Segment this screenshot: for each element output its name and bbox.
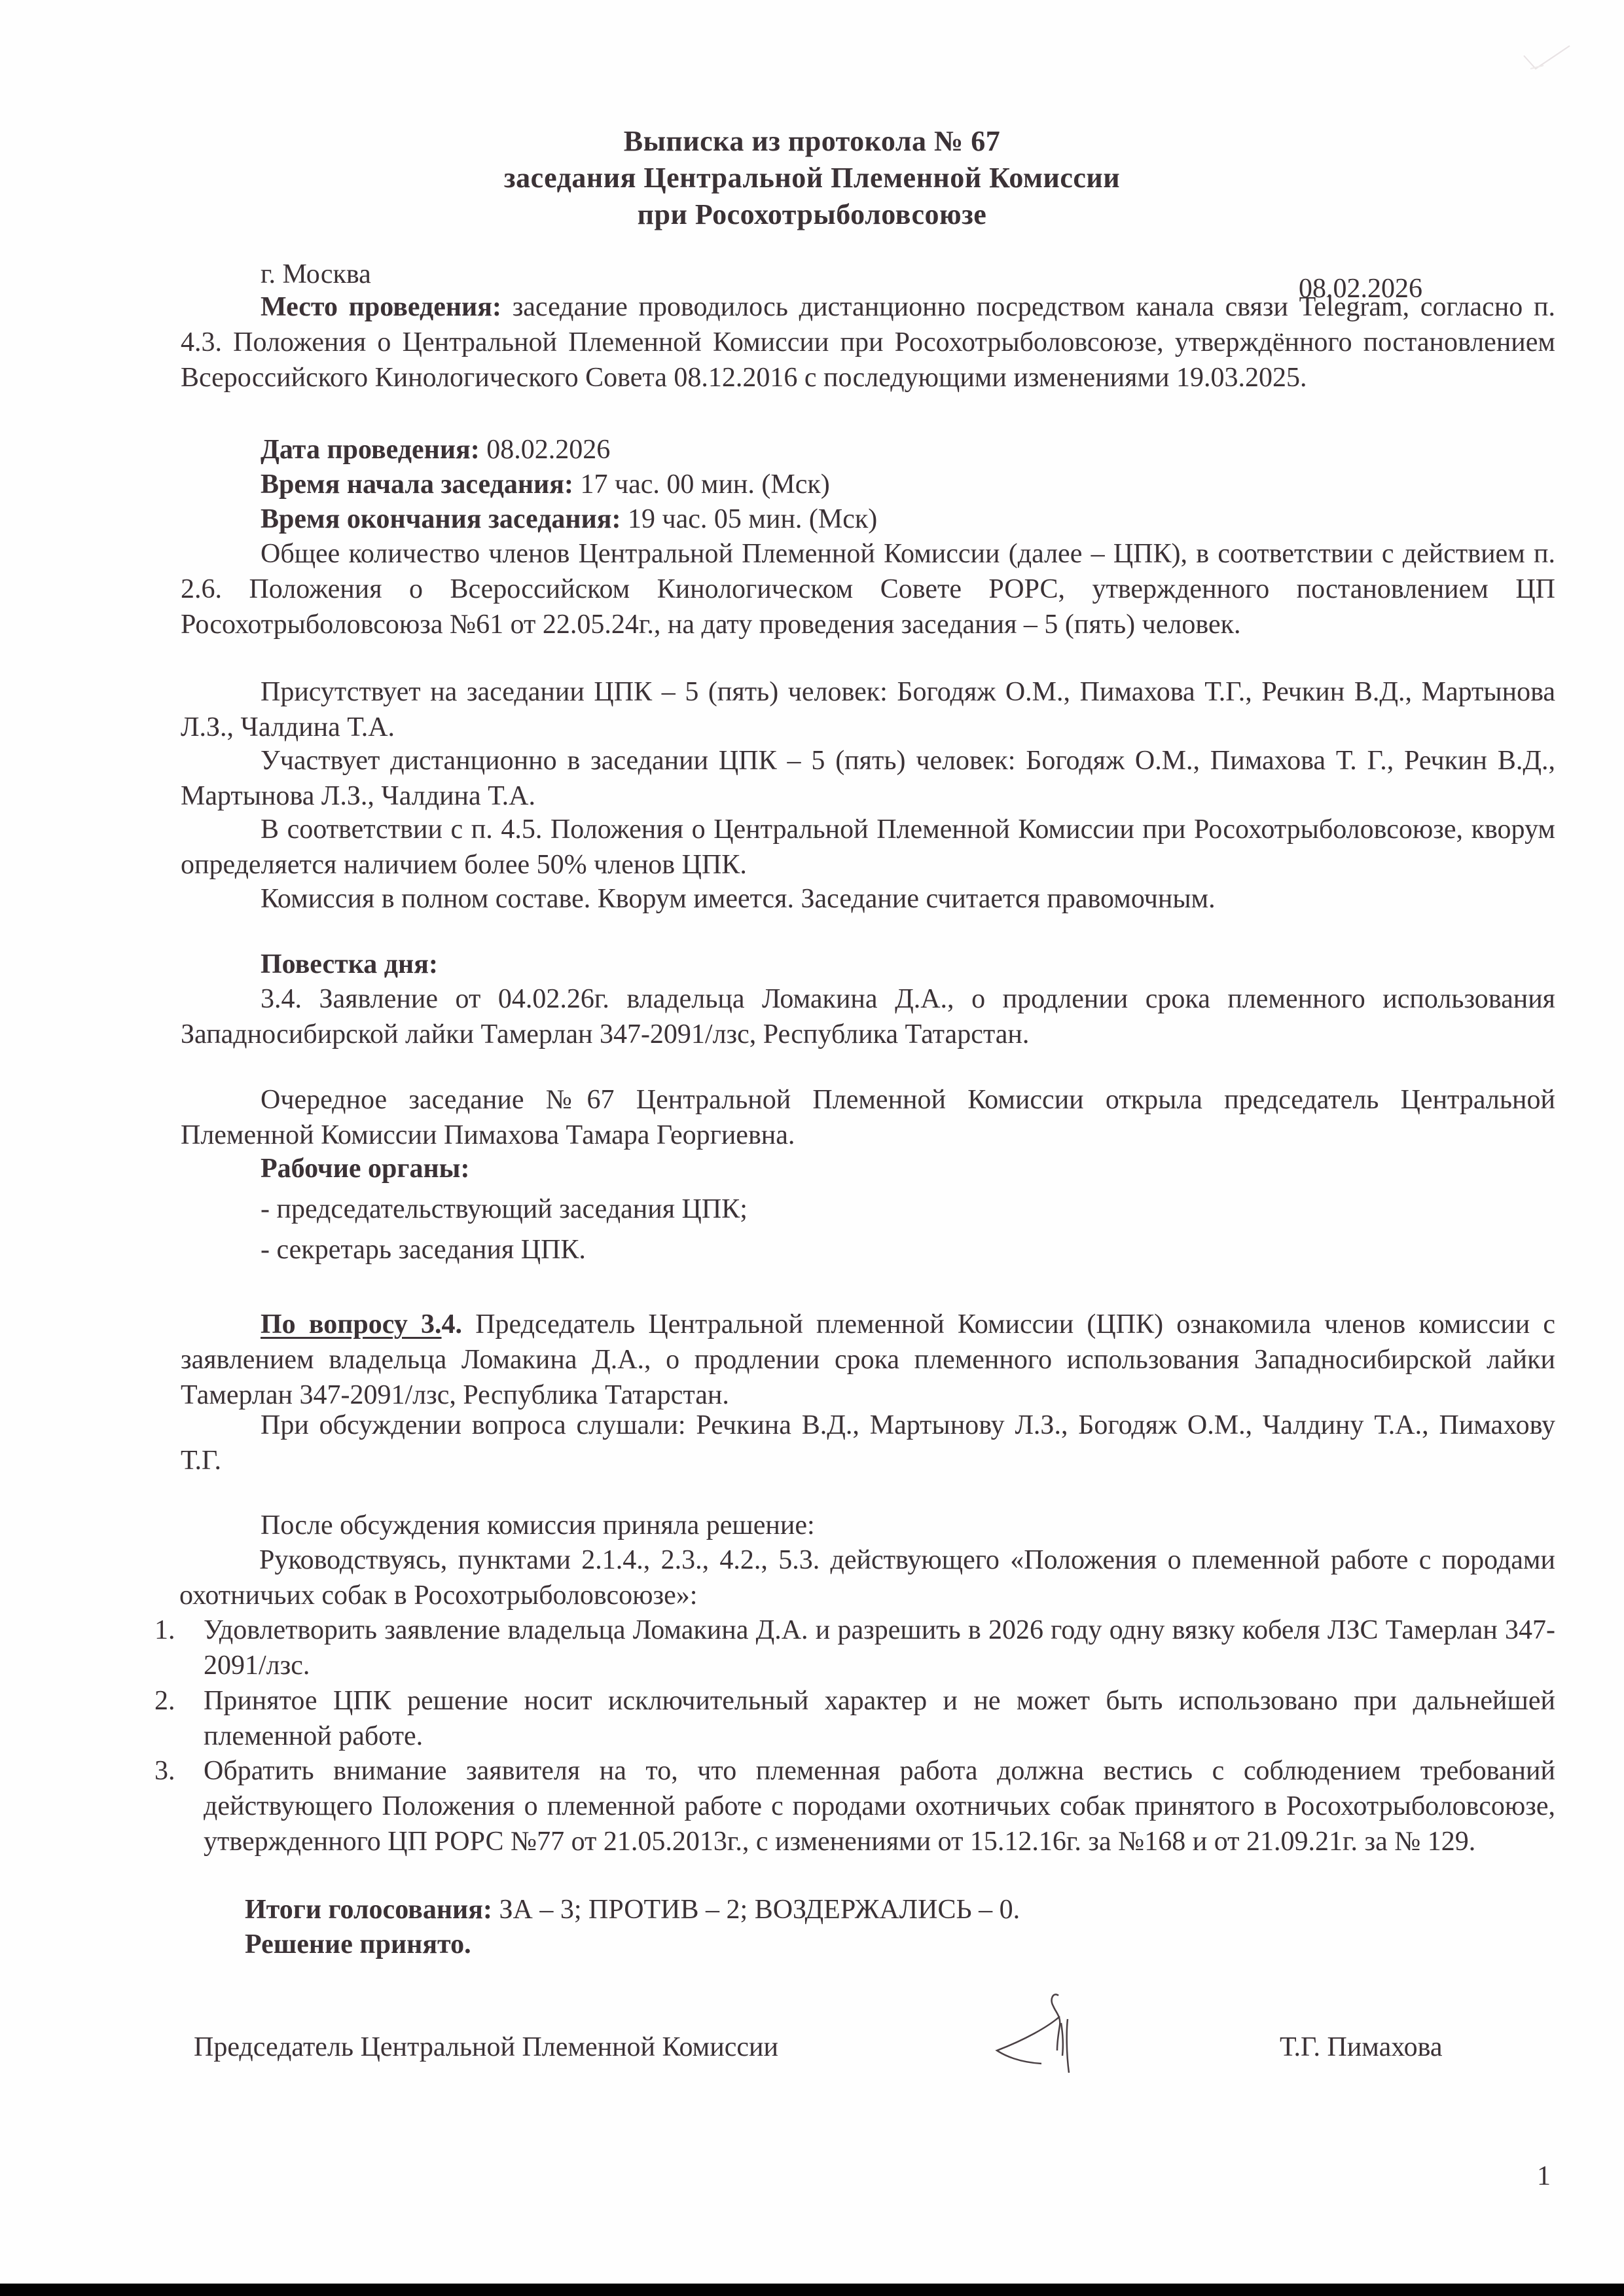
signatory-position: Председатель Центральной Племенной Комис… [194,2030,778,2065]
meeting-date-line: Дата проведения: 08.02.2026 [261,432,610,467]
city: г. Москва [261,257,371,292]
decision-text: Обратить внимание заявителя на то, что п… [204,1753,1555,1859]
agenda-label: Повестка дня: [261,947,438,982]
heard-paragraph: При обсуждении вопроса слушали: Речкина … [181,1408,1555,1478]
signatory-name: Т.Г. Пимахова [1280,2030,1443,2065]
decision-text: Принятое ЦПК решение носит исключительны… [204,1683,1555,1754]
vote-line: Итоги голосования: ЗА – 3; ПРОТИВ – 2; В… [245,1892,1020,1927]
signature-icon [985,1990,1149,2075]
question-label-underlined: По вопросу 3. [261,1309,442,1339]
remote-paragraph: Участвует дистанционно в заседании ЦПК –… [181,743,1555,814]
start-time-line: Время начала заседания: 17 час. 00 мин. … [261,467,830,502]
question-paragraph: По вопросу 3.4. Председатель Центральной… [181,1307,1555,1413]
working-body-item: - председательствующий заседания ЦПК; [261,1192,748,1227]
vote-value: ЗА – 3; ПРОТИВ – 2; ВОЗДЕРЖАЛИСЬ – 0. [492,1895,1020,1925]
title-line-2: заседания Центральной Племенной Комиссии [0,160,1624,196]
working-body-item: - секретарь заседания ЦПК. [261,1232,586,1267]
end-time-line: Время окончания заседания: 19 час. 05 ми… [261,501,877,537]
decision-intro: После обсуждения комиссия приняла решени… [261,1508,815,1543]
title-line-3: при Росохотрыболовсоюзе [0,196,1624,233]
document-page: Выписка из протокола № 67 заседания Цент… [0,0,1624,2284]
scan-artifact-icon [1517,20,1589,79]
guided-by-paragraph: Руководствуясь, пунктами 2.1.4., 2.3., 4… [179,1542,1555,1613]
title-line-1: Выписка из протокола № 67 [0,123,1624,160]
end-time-label: Время окончания заседания: [261,504,621,534]
document-title: Выписка из протокола № 67 заседания Цент… [0,123,1624,233]
meeting-date-value: 08.02.2026 [480,435,611,465]
present-paragraph: Присутствует на заседании ЦПК – 5 (пять)… [181,674,1555,745]
result: Решение принято. [245,1927,471,1962]
quorum-status: Комиссия в полном составе. Кворум имеетс… [261,881,1216,917]
venue-paragraph: Место проведения: заседание проводилось … [181,289,1555,395]
total-members-paragraph: Общее количество членов Центральной Плем… [181,536,1555,642]
vote-label: Итоги голосования: [245,1895,492,1925]
opening-paragraph: Очередное заседание №67 Центральной Плем… [181,1082,1555,1153]
venue-label: Место проведения: [261,292,501,322]
start-time-value: 17 час. 00 мин. (Мск) [573,469,830,500]
start-time-label: Время начала заседания: [261,469,573,500]
quorum-rule-paragraph: В соответствии с п. 4.5. Положения о Цен… [181,812,1555,883]
scan-border [0,2284,1624,2296]
decision-text: Удовлетворить заявление владельца Ломаки… [204,1613,1555,1683]
meeting-date-label: Дата проведения: [261,435,480,465]
end-time-value: 19 час. 05 мин. (Мск) [621,504,877,534]
decision-number: 2. [154,1683,175,1719]
decision-number: 1. [154,1613,175,1648]
page-number: 1 [1537,2160,1551,2192]
working-bodies-label: Рабочие органы: [261,1151,469,1186]
question-label-rest: 4. [442,1309,463,1339]
agenda-item: 3.4. Заявление от 04.02.26г. владельца Л… [181,981,1555,1052]
decision-number: 3. [154,1753,175,1789]
